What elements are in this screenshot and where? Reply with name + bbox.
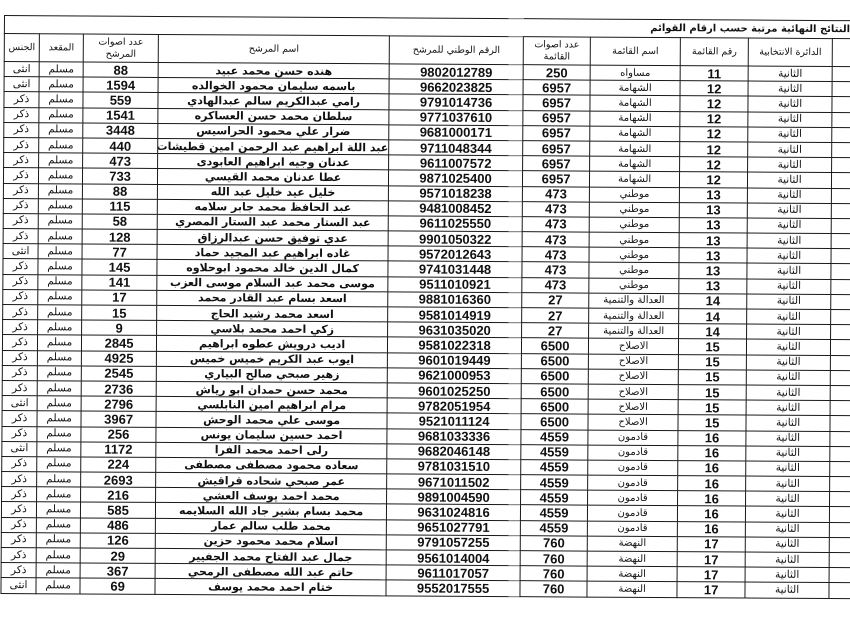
cell-gender: ذكر (2, 426, 37, 441)
cell-district: الثانية (746, 415, 830, 431)
cell-candidate-name: كمال الدين خالد محمود ابوحلاوه (157, 260, 388, 277)
cell-district: الثانية (747, 309, 831, 325)
cell-gender: انثى (4, 77, 39, 92)
cell-national-id: 9802012789 (389, 64, 523, 80)
cell-candidate-name: عمر صبحي شحاده قراقيش (156, 472, 387, 489)
cell-list-name: الشهامة (590, 141, 680, 157)
cell-gender: ذكر (4, 137, 39, 152)
cell-governorate: العاصمة (830, 446, 850, 462)
cell-list-number: 14 (679, 324, 747, 340)
cell-district: الثانية (747, 218, 831, 234)
cell-national-id: 9631024816 (387, 504, 521, 520)
cell-list-votes: 473 (522, 247, 589, 263)
cell-district: الثانية (747, 294, 831, 310)
cell-candidate-votes: 15 (82, 305, 157, 321)
cell-candidate-name: محمد طلب سالم عمار (155, 518, 386, 535)
cell-governorate: العاصمة (832, 82, 850, 98)
cell-seat: مسلم (38, 198, 82, 213)
cell-candidate-votes: 733 (83, 168, 158, 184)
cell-governorate: العاصمة (832, 97, 850, 113)
cell-governorate: العاصمة (831, 188, 850, 204)
cell-list-number: 11 (680, 66, 748, 82)
cell-seat: مسلم (39, 122, 83, 137)
cell-governorate: العاصمة (830, 477, 850, 493)
cell-governorate: العاصمة (832, 158, 850, 174)
cell-seat: مسلم (37, 441, 81, 456)
cell-candidate-votes: 4925 (81, 351, 156, 367)
cell-district: الثانية (747, 339, 831, 355)
cell-seat: مسلم (38, 305, 82, 320)
cell-list-number: 15 (679, 339, 747, 355)
cell-seat: مسلم (36, 578, 80, 593)
cell-candidate-name: محمد احمد يوسف العشي (156, 488, 387, 505)
cell-list-name: موطني (589, 187, 679, 203)
col-header-seat: المقعد (39, 34, 83, 62)
cell-gender: ذكر (3, 198, 38, 213)
cell-gender: ذكر (2, 365, 37, 380)
cell-gender: ذكر (3, 213, 38, 228)
cell-list-name: موطني (589, 247, 679, 263)
cell-district: الثانية (748, 66, 832, 82)
cell-list-name: موطني (589, 217, 679, 233)
cell-list-number: 17 (677, 567, 745, 583)
cell-candidate-name: احمد حسين سليمان يونس (156, 427, 387, 444)
cell-list-name: موطني (589, 202, 679, 218)
cell-candidate-votes: 1541 (83, 108, 158, 124)
cell-candidate-name: خليل عيد خليل عبد الله (157, 184, 388, 201)
cell-list-number: 13 (679, 202, 747, 218)
cell-national-id: 9552017555 (386, 580, 520, 596)
cell-district: الثانية (745, 537, 829, 553)
cell-gender: انثى (1, 578, 36, 593)
cell-list-name: قادمون (588, 445, 678, 461)
cell-national-id: 9581014919 (388, 307, 522, 323)
cell-national-id: 9771037610 (389, 109, 523, 125)
cell-list-number: 17 (677, 552, 745, 568)
cell-governorate: العاصمة (830, 507, 850, 523)
cell-list-name: مساواه (590, 65, 680, 81)
cell-national-id: 9741031448 (388, 261, 522, 277)
cell-gender: ذكر (1, 563, 36, 578)
cell-candidate-name: ختام احمد محمد يوسف (155, 579, 386, 596)
cell-list-name: قادمون (588, 506, 678, 522)
cell-governorate: العاصمة (832, 142, 850, 158)
cell-district: الثانية (747, 188, 831, 204)
cell-gender: ذكر (3, 320, 38, 335)
cell-gender: ذكر (4, 153, 39, 168)
cell-candidate-name: اسعد بسام عبد القادر محمد (157, 290, 388, 307)
cell-list-name: قادمون (588, 475, 678, 491)
cell-seat: مسلم (38, 183, 82, 198)
cell-district: الثانية (746, 400, 830, 416)
cell-list-number: 12 (680, 126, 748, 142)
cell-gender: ذكر (2, 350, 37, 365)
cell-list-votes: 473 (522, 201, 589, 217)
cell-national-id: 9572012643 (388, 246, 522, 262)
cell-district: الثانية (748, 112, 832, 128)
cell-list-votes: 27 (522, 292, 589, 308)
cell-list-name: قادمون (588, 430, 678, 446)
cell-list-number: 15 (678, 385, 746, 401)
cell-list-name: الشهامة (590, 80, 680, 96)
cell-list-name: الاصلاح (588, 414, 678, 430)
cell-candidate-votes: 115 (82, 199, 157, 215)
cell-list-name: الاصلاح (588, 384, 678, 400)
cell-governorate: العاصمة (831, 279, 850, 295)
cell-governorate: العاصمة (829, 553, 850, 569)
cell-national-id: 9871025400 (389, 170, 523, 186)
cell-national-id: 9791057255 (386, 535, 520, 551)
cell-list-votes: 760 (520, 566, 587, 582)
cell-governorate: العاصمة (831, 264, 850, 280)
cell-list-name: موطني (589, 278, 679, 294)
cell-governorate: العاصمة (831, 310, 850, 326)
cell-seat: مسلم (37, 487, 81, 502)
cell-governorate: العاصمة (830, 416, 850, 432)
cell-gender: ذكر (3, 274, 38, 289)
col-header-list-number: رقم القائمة (680, 38, 748, 66)
cell-list-votes: 760 (520, 581, 587, 597)
cell-gender: ذكر (2, 472, 37, 487)
cell-candidate-votes: 3967 (81, 411, 156, 427)
cell-national-id: 9711048344 (389, 140, 523, 156)
cell-gender: ذكر (1, 517, 36, 532)
cell-list-number: 16 (678, 445, 746, 461)
cell-national-id: 9662023825 (389, 79, 523, 95)
cell-district: الثانية (748, 142, 832, 158)
cell-gender: ذكر (3, 304, 38, 319)
cell-list-name: الشهامة (590, 95, 680, 111)
cell-district: الثانية (745, 582, 829, 598)
cell-governorate: العاصمة (830, 385, 850, 401)
cell-gender: ذكر (1, 532, 36, 547)
cell-list-votes: 6500 (521, 368, 588, 384)
cell-list-votes: 6957 (523, 95, 590, 111)
cell-candidate-votes: 440 (83, 138, 158, 154)
cell-gender: ذكر (3, 168, 38, 183)
cell-national-id: 9611007572 (389, 155, 523, 171)
cell-national-id: 9631035020 (388, 322, 522, 338)
cell-list-votes: 473 (522, 186, 589, 202)
cell-list-votes: 473 (522, 232, 589, 248)
cell-candidate-votes: 17 (82, 290, 157, 306)
cell-district: الثانية (746, 431, 830, 447)
cell-list-votes: 6957 (523, 156, 590, 172)
cell-seat: مسلم (37, 396, 81, 411)
cell-list-number: 15 (678, 369, 746, 385)
cell-candidate-name: ايوب عبد الكريم خميس خميس (156, 351, 387, 368)
cell-seat: مسلم (39, 92, 83, 107)
cell-national-id: 9521011124 (387, 413, 521, 429)
cell-governorate: العاصمة (832, 67, 850, 83)
cell-list-votes: 27 (522, 308, 589, 324)
cell-district: الثانية (748, 127, 832, 143)
cell-list-name: الشهامة (590, 111, 680, 127)
cell-governorate: العاصمة (830, 461, 850, 477)
cell-seat: مسلم (38, 274, 82, 289)
cell-list-number: 15 (678, 400, 746, 416)
cell-list-number: 13 (679, 263, 747, 279)
cell-list-votes: 6957 (523, 141, 590, 157)
cell-governorate: العاصمة (831, 218, 850, 234)
cell-national-id: 9681000171 (389, 125, 523, 141)
cell-list-votes: 473 (522, 277, 589, 293)
cell-list-number: 16 (678, 460, 746, 476)
cell-seat: مسلم (36, 517, 80, 532)
cell-list-name: العدالة والتنمية (589, 308, 679, 324)
cell-list-number: 12 (680, 81, 748, 97)
cell-list-number: 15 (678, 354, 746, 370)
cell-district: الثانية (747, 248, 831, 264)
cell-district: الثانية (746, 385, 830, 401)
cell-candidate-votes: 486 (80, 518, 155, 534)
cell-candidate-votes: 2545 (81, 366, 156, 382)
cell-gender: ذكر (2, 487, 37, 502)
cell-list-number: 13 (679, 187, 747, 203)
cell-candidate-name: سعاده محمود مصطفى مصطفى (156, 457, 387, 474)
cell-list-name: قادمون (587, 521, 677, 537)
cell-candidate-name: محمد بسام بشير جاد الله السلايمه (156, 503, 387, 520)
cell-gender: ذكر (4, 92, 39, 107)
cell-seat: مسلم (38, 259, 82, 274)
cell-list-number: 17 (677, 582, 745, 598)
cell-seat: مسلم (38, 244, 82, 259)
cell-candidate-name: اسلام محمد محمود حزين (155, 533, 386, 550)
cell-list-votes: 6957 (523, 110, 590, 126)
col-header-gender: الجنس (4, 34, 39, 62)
cell-list-name: الاصلاح (588, 369, 678, 385)
cell-list-votes: 6500 (521, 399, 588, 415)
cell-list-name: قادمون (588, 490, 678, 506)
cell-district: الثانية (746, 506, 830, 522)
cell-gender: ذكر (1, 502, 36, 517)
cell-list-votes: 760 (520, 551, 587, 567)
cell-candidate-name: هنده حسن محمد عبيد (158, 62, 389, 79)
cell-seat: مسلم (38, 229, 82, 244)
cell-list-votes: 4559 (521, 490, 588, 506)
cell-governorate: العاصمة (829, 583, 850, 599)
cell-candidate-votes: 77 (82, 244, 157, 260)
cell-gender: ذكر (4, 122, 39, 137)
cell-list-number: 17 (677, 536, 745, 552)
cell-gender: ذكر (2, 380, 37, 395)
cell-national-id: 9681033336 (387, 428, 521, 444)
cell-district: الثانية (748, 81, 832, 97)
cell-list-votes: 6500 (521, 414, 588, 430)
cell-governorate: العاصمة (830, 431, 850, 447)
cell-candidate-name: زهير صبحي صالح البياري (156, 366, 387, 383)
cell-list-name: النهضة (587, 566, 677, 582)
table-body: 140 العاصمة الثانية 11 مساواه 250 980201… (1, 62, 850, 599)
cell-candidate-votes: 88 (83, 62, 158, 78)
cell-candidate-votes: 224 (81, 457, 156, 473)
cell-candidate-name: اسعد محمد رشيد الحاج (157, 305, 388, 322)
cell-list-name: الشهامة (590, 126, 680, 142)
cell-candidate-votes: 3448 (83, 123, 158, 139)
cell-candidate-name: محمد حسن حمدان ابو رياش (156, 381, 387, 398)
cell-list-votes: 4559 (521, 475, 588, 491)
cell-candidate-name: باسمه سليمان محمود الخوالده (158, 78, 389, 95)
cell-district: الثانية (746, 461, 830, 477)
cell-national-id: 9601025250 (387, 383, 521, 399)
cell-gender: انثى (2, 441, 37, 456)
cell-district: الثانية (745, 552, 829, 568)
cell-list-number: 14 (679, 293, 747, 309)
cell-district: الثانية (747, 263, 831, 279)
cell-district: الثانية (746, 446, 830, 462)
cell-list-number: 13 (679, 233, 747, 249)
cell-candidate-name: جمال عبد الفتاح محمد الجفيير (155, 548, 386, 565)
cell-candidate-name: عطا عدنان محمد القيسي (158, 169, 389, 186)
cell-seat: مسلم (37, 457, 81, 472)
cell-gender: انثى (3, 244, 38, 259)
cell-gender: ذكر (4, 107, 39, 122)
cell-list-name: النهضة (587, 581, 677, 597)
cell-seat: مسلم (39, 168, 83, 183)
cell-list-number: 14 (679, 309, 747, 325)
cell-gender: ذكر (2, 411, 37, 426)
cell-candidate-votes: 128 (82, 229, 157, 245)
cell-district: الثانية (747, 203, 831, 219)
cell-list-name: الاصلاح (589, 338, 679, 354)
cell-gender: ذكر (3, 183, 38, 198)
cell-seat: مسلم (36, 563, 80, 578)
cell-national-id: 9611017057 (386, 565, 520, 581)
cell-national-id: 9682046148 (387, 444, 521, 460)
cell-national-id: 9621000953 (387, 368, 521, 384)
cell-governorate: العاصمة (831, 340, 850, 356)
col-header-district: الدائرة الانتخابية (748, 38, 832, 67)
cell-gender: ذكر (3, 259, 38, 274)
cell-governorate: العاصمة (830, 492, 850, 508)
cell-seat: مسلم (36, 548, 80, 563)
cell-candidate-name: رلى احمد محمد الفرا (156, 442, 387, 459)
cell-candidate-name: غاده ابراهيم عبد المجيد حماد (157, 245, 388, 262)
cell-candidate-name: عدي توفيق حسن عبدالرزاق (157, 230, 388, 247)
cell-gender: ذكر (2, 456, 37, 471)
cell-list-votes: 6500 (521, 384, 588, 400)
cell-national-id: 9581022318 (388, 337, 522, 353)
cell-list-votes: 4559 (521, 460, 588, 476)
cell-list-votes: 6957 (523, 171, 590, 187)
cell-list-name: موطني (589, 232, 679, 248)
cell-gender: ذكر (3, 229, 38, 244)
cell-governorate: العاصمة (832, 127, 850, 143)
cell-candidate-name: عبد الستار محمد عبد الستار المصري (157, 214, 388, 231)
col-header-list-votes: عدد اصوات القائمة (523, 37, 590, 65)
cell-governorate: العاصمة (832, 112, 850, 128)
cell-national-id: 9891004590 (387, 489, 521, 505)
cell-candidate-votes: 69 (80, 578, 155, 594)
cell-district: الثانية (746, 355, 830, 371)
cell-national-id: 9782051954 (387, 398, 521, 414)
cell-gender: ذكر (1, 547, 36, 562)
cell-national-id: 9781031510 (387, 459, 521, 475)
cell-governorate: العاصمة (831, 325, 850, 341)
cell-district: الثانية (746, 476, 830, 492)
cell-district: الثانية (747, 279, 831, 295)
cell-candidate-name: اديب درويش عطوه ابراهيم (157, 336, 388, 353)
cell-governorate: العاصمة (830, 401, 850, 417)
cell-seat: مسلم (37, 472, 81, 487)
cell-seat: مسلم (37, 411, 81, 426)
cell-gender: ذكر (2, 335, 37, 350)
cell-candidate-votes: 367 (80, 563, 155, 579)
cell-governorate: العاصمة (829, 537, 850, 553)
cell-candidate-votes: 2845 (82, 335, 157, 351)
cell-candidate-name: زكي احمد محمد بلاسي (157, 321, 388, 338)
cell-list-number: 16 (678, 430, 746, 446)
cell-list-number: 16 (678, 491, 746, 507)
cell-gender: ذكر (3, 289, 38, 304)
cell-list-votes: 6957 (523, 125, 590, 141)
cell-seat: مسلم (39, 62, 83, 77)
cell-candidate-name: رامي عبدالكريم سالم عبدالهادي (158, 93, 389, 110)
cell-candidate-votes: 88 (82, 183, 157, 199)
cell-list-name: الاصلاح (588, 399, 678, 415)
cell-candidate-name: حاتم عبد الله مصطفى الرمحي (155, 564, 386, 581)
cell-seat: مسلم (38, 214, 82, 229)
cell-candidate-name: ضرار علي محمود الحراسيس (158, 123, 389, 140)
cell-seat: مسلم (37, 350, 81, 365)
cell-list-number: 16 (678, 476, 746, 492)
cell-seat: مسلم (39, 153, 83, 168)
cell-gender: انثى (2, 396, 37, 411)
cell-national-id: 9601019449 (387, 352, 521, 368)
cell-list-name: النهضة (587, 551, 677, 567)
cell-list-votes: 760 (520, 535, 587, 551)
cell-national-id: 9901050322 (388, 231, 522, 247)
cell-list-votes: 4559 (521, 429, 588, 445)
cell-list-number: 12 (680, 142, 748, 158)
cell-list-votes: 4559 (521, 444, 588, 460)
cell-list-votes: 6957 (523, 80, 590, 96)
cell-candidate-votes: 1594 (83, 77, 158, 93)
cell-candidate-votes: 2796 (81, 396, 156, 412)
cell-candidate-name: عبد الحافظ محمد جابر سلامه (157, 199, 388, 216)
cell-governorate: العاصمة (830, 370, 850, 386)
cell-list-votes: 6500 (522, 338, 589, 354)
cell-district: الثانية (748, 96, 832, 112)
cell-governorate: العاصمة (832, 173, 850, 189)
cell-list-name: العدالة والتنمية (589, 293, 679, 309)
cell-list-number: 12 (680, 157, 748, 173)
cell-candidate-votes: 29 (80, 548, 155, 564)
cell-list-number: 12 (680, 96, 748, 112)
cell-candidate-name: عدنان وجيه ابراهيم العابودى (158, 154, 389, 171)
cell-seat: مسلم (39, 138, 83, 153)
cell-list-votes: 473 (522, 217, 589, 233)
col-header-candidate-name: اسم المرشح (158, 34, 389, 63)
cell-national-id: 9791014736 (389, 94, 523, 110)
cell-candidate-votes: 585 (81, 502, 156, 518)
cell-candidate-votes: 2693 (81, 472, 156, 488)
cell-candidate-name: عبد اللة ابراهيم عبد الرحمن امين قطيشات (158, 138, 389, 155)
cell-candidate-votes: 58 (82, 214, 157, 230)
cell-seat: مسلم (36, 533, 80, 548)
cell-list-votes: 4559 (520, 520, 587, 536)
cell-list-number: 16 (677, 521, 745, 537)
cell-candidate-votes: 2736 (81, 381, 156, 397)
cell-candidate-votes: 9 (82, 320, 157, 336)
cell-list-name: موطني (589, 263, 679, 279)
cell-national-id: 9571018238 (388, 185, 522, 201)
cell-governorate: العاصمة (831, 249, 850, 265)
cell-national-id: 9881016360 (388, 292, 522, 308)
cell-list-number: 13 (679, 278, 747, 294)
cell-seat: مسلم (39, 77, 83, 92)
cell-seat: مسلم (37, 381, 81, 396)
